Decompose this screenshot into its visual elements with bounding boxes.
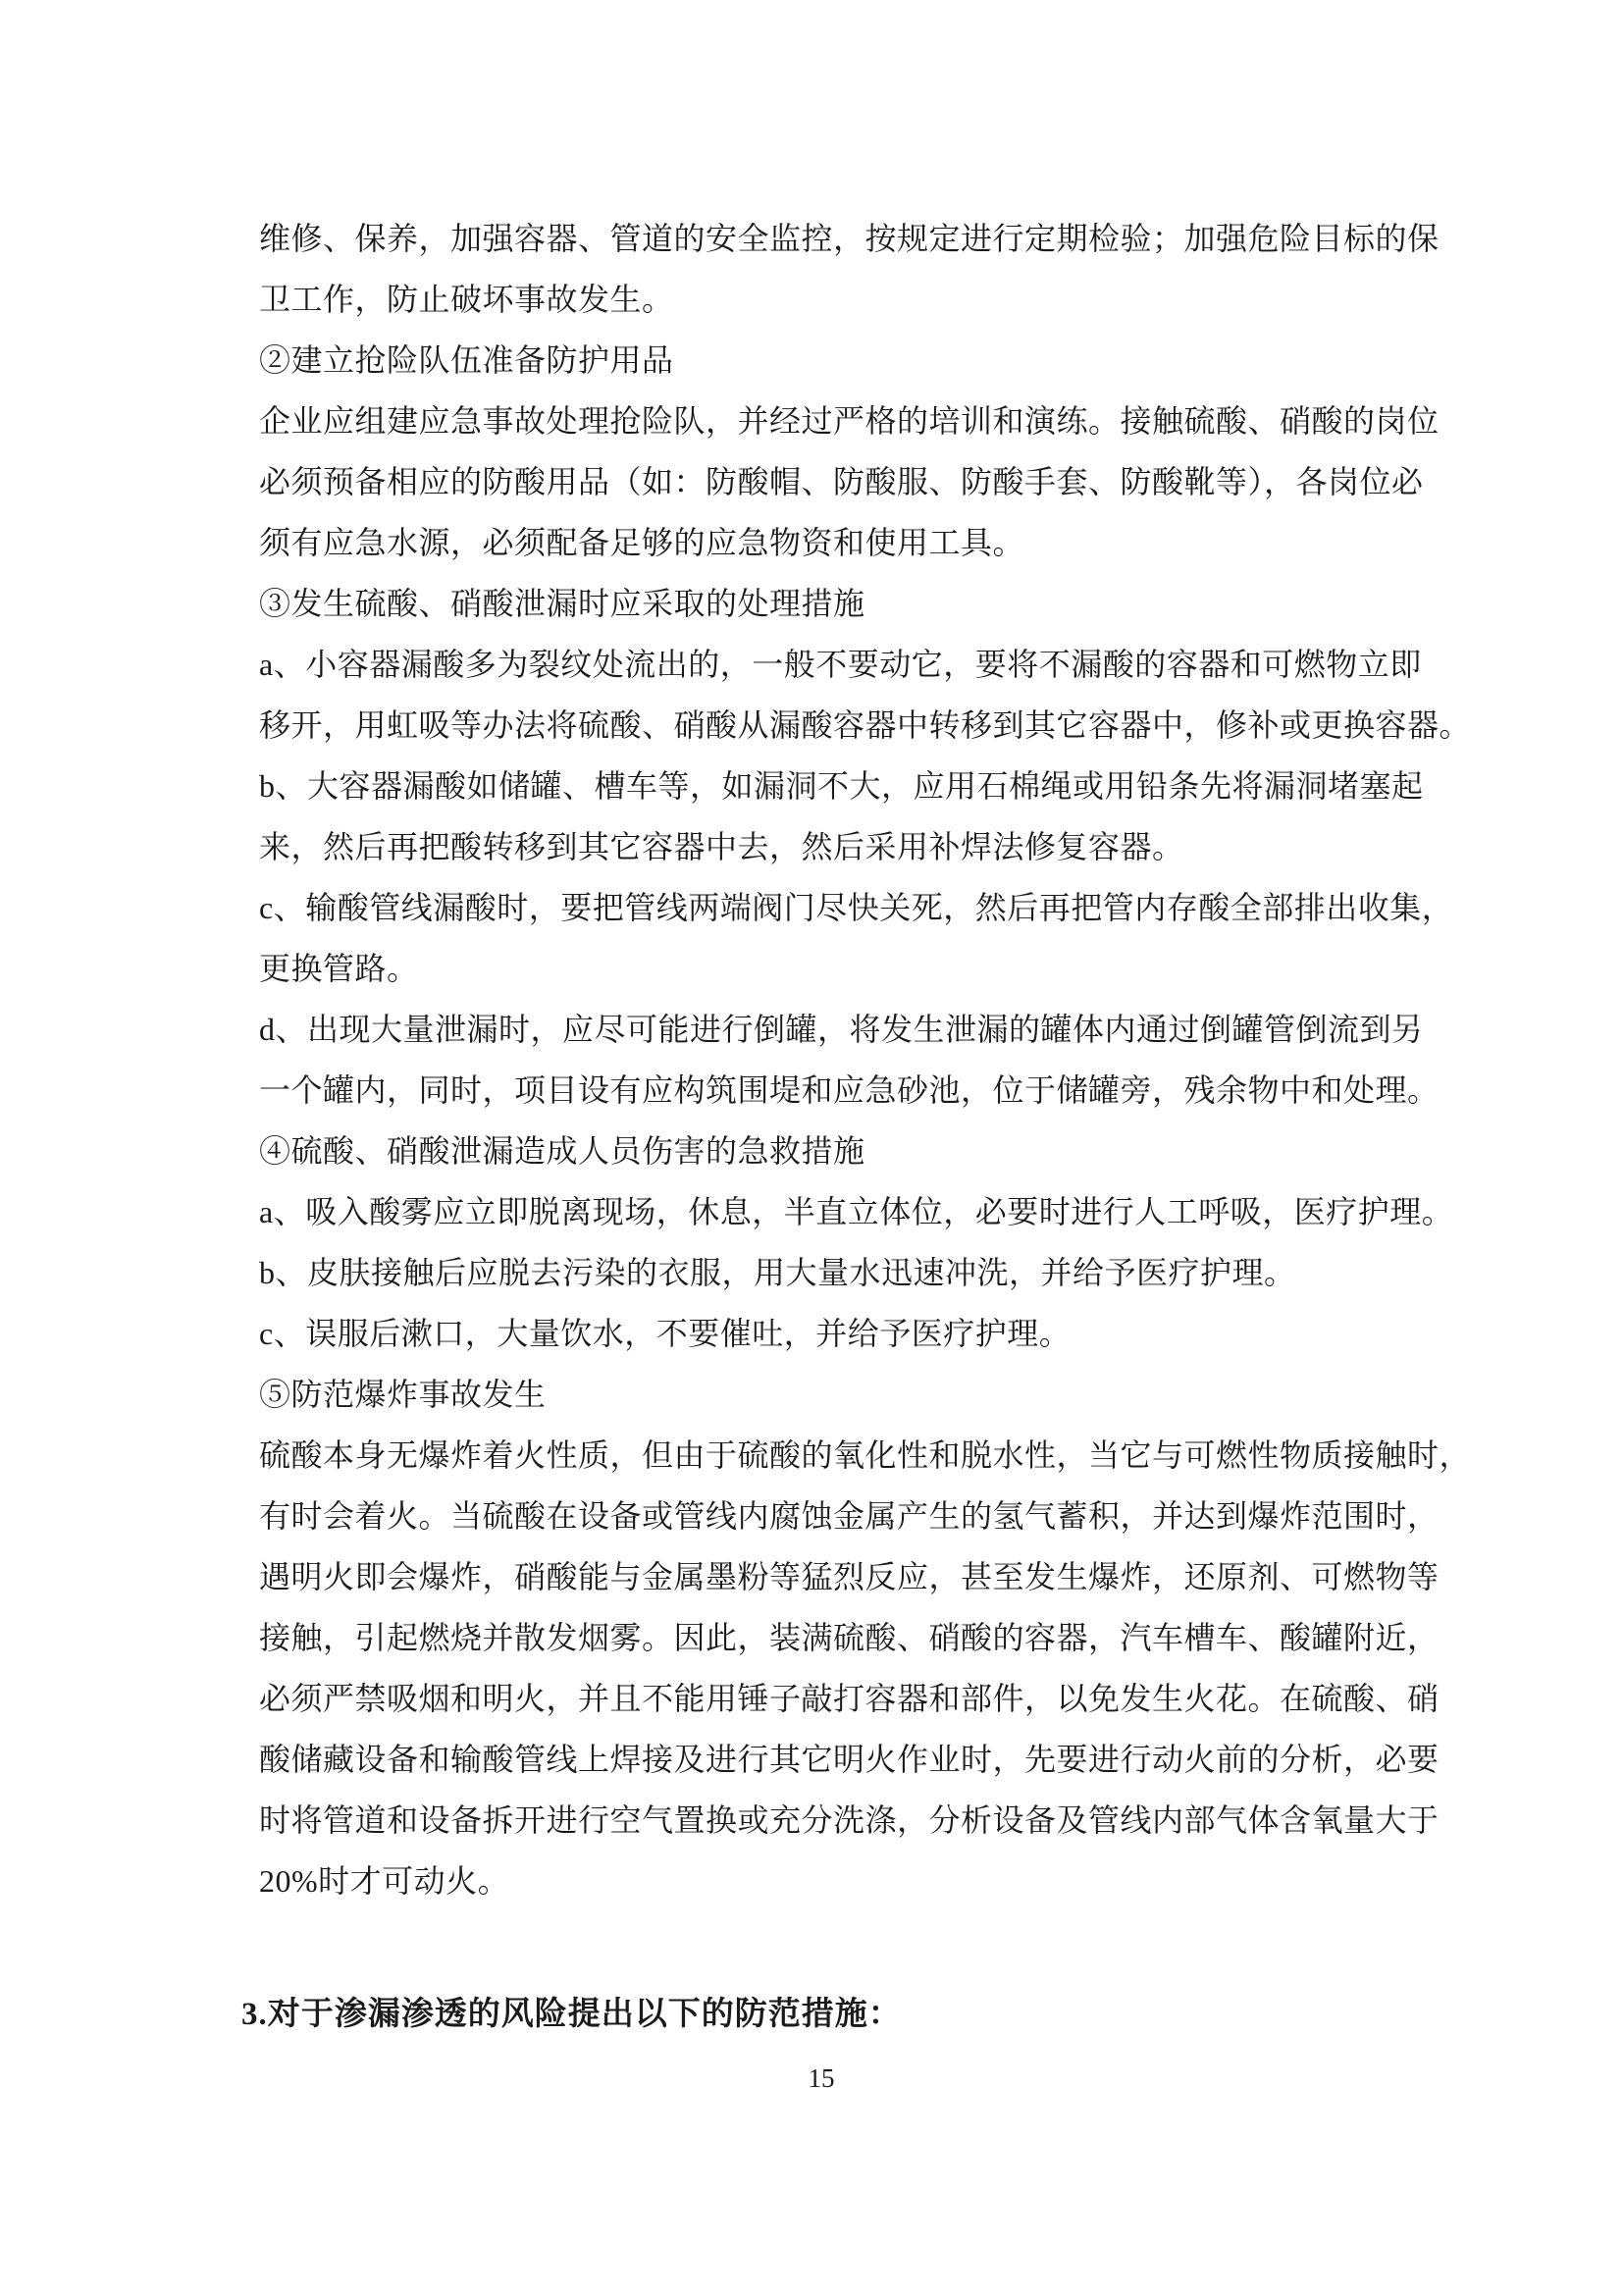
text-line: ③发生硫酸、硝酸泄漏时应采取的处理措施 — [259, 573, 1452, 634]
text-line: 须有应急水源，必须配备足够的应急物资和使用工具。 — [259, 512, 1452, 573]
text-line: 维修、保养，加强容器、管道的安全监控，按规定进行定期检验；加强危险目标的保 — [259, 208, 1452, 269]
text-line: a、小容器漏酸多为裂纹处流出的，一般不要动它，要将不漏酸的容器和可燃物立即 — [259, 634, 1452, 695]
text-line: 卫工作，防止破坏事故发生。 — [259, 269, 1452, 330]
text-line: 有时会着火。当硫酸在设备或管线内腐蚀金属产生的氢气蓄积，并达到爆炸范围时， — [259, 1486, 1452, 1546]
text-line: ④硫酸、硝酸泄漏造成人员伤害的急救措施 — [259, 1121, 1452, 1181]
text-line: 时将管道和设备拆开进行空气置换或充分洗涤，分析设备及管线内部气体含氧量大于 — [259, 1790, 1452, 1851]
section-heading: 3.对于渗漏渗透的风险提出以下的防范措施： — [241, 1984, 1517, 2045]
text-line: 必须严禁吸烟和明火，并且不能用锤子敲打容器和部件，以免发生火花。在硫酸、硝 — [259, 1668, 1452, 1729]
text-line: ⑤防范爆炸事故发生 — [259, 1364, 1452, 1425]
document-body: 维修、保养，加强容器、管道的安全监控，按规定进行定期检验；加强危险目标的保卫工作… — [259, 208, 1452, 1911]
text-line: 一个罐内，同时，项目设有应构筑围堤和应急砂池，位于储罐旁，残余物中和处理。 — [259, 1060, 1452, 1121]
text-line: ②建立抢险队伍准备防护用品 — [259, 330, 1452, 391]
page-number: 15 — [0, 2059, 1623, 2098]
text-line: 20%时才可动火。 — [259, 1851, 1452, 1911]
text-line: b、大容器漏酸如储罐、槽车等，如漏洞不大，应用石棉绳或用铅条先将漏洞堵塞起 — [259, 756, 1452, 816]
text-line: 更换管路。 — [259, 938, 1452, 999]
text-line: b、皮肤接触后应脱去污染的衣服，用大量水迅速冲洗，并给予医疗护理。 — [259, 1242, 1452, 1303]
text-line: 酸储藏设备和输酸管线上焊接及进行其它明火作业时，先要进行动火前的分析，必要 — [259, 1729, 1452, 1790]
text-line: 遇明火即会爆炸，硝酸能与金属墨粉等猛烈反应，甚至发生爆炸，还原剂、可燃物等 — [259, 1546, 1452, 1607]
text-line: 必须预备相应的防酸用品（如：防酸帽、防酸服、防酸手套、防酸靴等），各岗位必 — [259, 451, 1452, 512]
text-line: 接触，引起燃烧并散发烟雾。因此，装满硫酸、硝酸的容器，汽车槽车、酸罐附近， — [259, 1607, 1452, 1668]
text-line: a、吸入酸雾应立即脱离现场，休息，半直立体位，必要时进行人工呼吸，医疗护理。 — [259, 1181, 1452, 1242]
text-line: c、输酸管线漏酸时，要把管线两端阀门尽快关死，然后再把管内存酸全部排出收集， — [259, 877, 1452, 938]
document-page: 维修、保养，加强容器、管道的安全监控，按规定进行定期检验；加强危险目标的保卫工作… — [0, 0, 1623, 2296]
text-line: 企业应组建应急事故处理抢险队，并经过严格的培训和演练。接触硫酸、硝酸的岗位 — [259, 391, 1452, 451]
text-line: 来，然后再把酸转移到其它容器中去，然后采用补焊法修复容器。 — [259, 816, 1452, 877]
text-line: d、出现大量泄漏时，应尽可能进行倒罐，将发生泄漏的罐体内通过倒罐管倒流到另 — [259, 999, 1452, 1060]
text-line: 硫酸本身无爆炸着火性质，但由于硫酸的氧化性和脱水性，当它与可燃性物质接触时， — [259, 1425, 1452, 1486]
text-line: 移开，用虹吸等办法将硫酸、硝酸从漏酸容器中转移到其它容器中，修补或更换容器。 — [259, 695, 1452, 756]
text-line: c、误服后漱口，大量饮水，不要催吐，并给予医疗护理。 — [259, 1303, 1452, 1364]
